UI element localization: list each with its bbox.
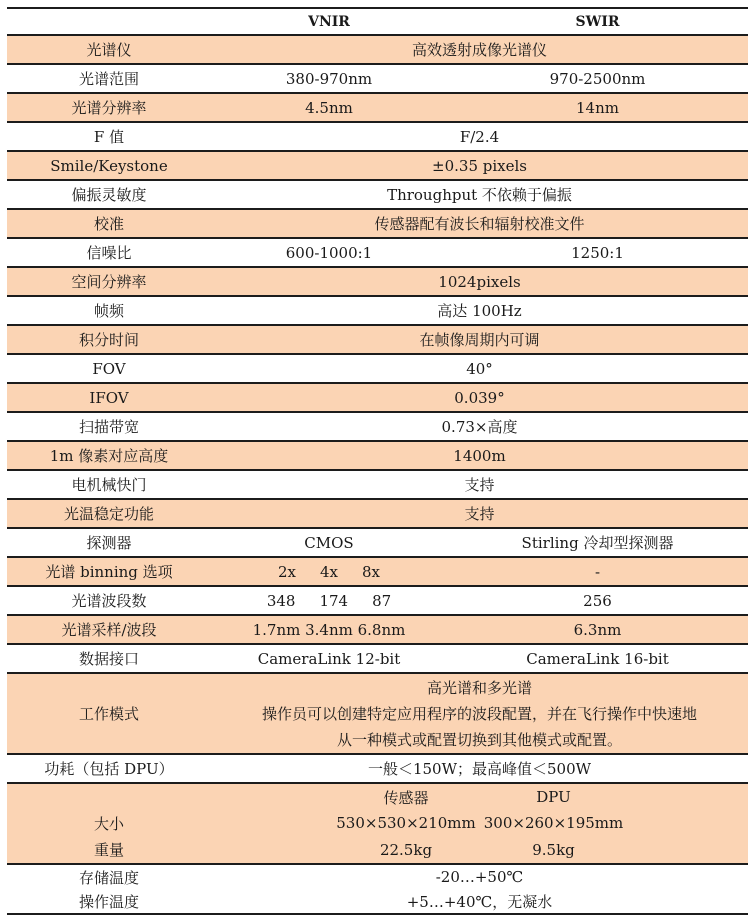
row-label: 积分时间 <box>7 326 211 353</box>
header-vnir: VNIR <box>211 9 447 34</box>
table-row: 信噪比 600-1000:1 1250:1 <box>7 239 748 268</box>
table-row: 帧频 高达 100Hz <box>7 297 748 326</box>
row-value: 高效透射成像光谱仪 <box>211 36 748 63</box>
row-label: 重量 <box>7 837 211 863</box>
row-value: 40° <box>211 355 748 382</box>
row-vnir-value: 4.5nm <box>211 94 447 121</box>
weight-dpu-value: 9.5kg <box>481 841 626 859</box>
row-label: 工作模式 <box>7 674 211 753</box>
row-value: 0.039° <box>211 384 748 411</box>
sensor-col-label: 传感器 <box>331 787 481 808</box>
row-label: 探测器 <box>7 529 211 556</box>
row-vnir-value: CMOS <box>211 529 447 556</box>
weight-values: 22.5kg 9.5kg <box>211 837 748 863</box>
table-row-size-weight: 大小 重量 传感器 DPU 530×530×210mm 300×260×195m… <box>7 784 748 865</box>
row-label: 扫描带宽 <box>7 413 211 440</box>
row-label: 存储温度 <box>7 865 211 889</box>
table-row: 扫描带宽 0.73×高度 <box>7 413 748 442</box>
table-row: 数据接口 CameraLink 12-bit CameraLink 16-bit <box>7 645 748 674</box>
table-row: FOV 40° <box>7 355 748 384</box>
row-vnir-value: 2x 4x 8x <box>211 558 447 585</box>
table-row: 光谱采样/波段 1.7nm 3.4nm 6.8nm 6.3nm <box>7 616 748 645</box>
row-label: 操作温度 <box>7 889 211 913</box>
row-label: 数据接口 <box>7 645 211 672</box>
row-label: 校准 <box>7 210 211 237</box>
table-row: 空间分辨率 1024pixels <box>7 268 748 297</box>
row-value: 支持 <box>211 500 748 527</box>
size-weight-labels: 大小 重量 <box>7 784 211 863</box>
size-values: 530×530×210mm 300×260×195mm <box>211 810 748 836</box>
row-label: 光谱范围 <box>7 65 211 92</box>
table-row: 积分时间 在帧像周期内可调 <box>7 326 748 355</box>
table-row: 1m 像素对应高度 1400m <box>7 442 748 471</box>
table-row: 光谱波段数 348 174 87 256 <box>7 587 748 616</box>
size-dpu-cell: 300×260×195mm <box>481 814 748 832</box>
band-count: 348 <box>267 592 296 610</box>
table-row: IFOV 0.039° <box>7 384 748 413</box>
row-swir-value: CameraLink 16-bit <box>447 645 748 672</box>
dpu-col-header: DPU <box>481 788 748 806</box>
row-value: 0.73×高度 <box>211 413 748 440</box>
row-swir-value: - <box>447 558 748 585</box>
dpu-col-label: DPU <box>481 788 626 806</box>
row-label: IFOV <box>7 384 211 411</box>
row-label: 光谱 binning 选项 <box>7 558 211 585</box>
row-vnir-value: 1.7nm 3.4nm 6.8nm <box>211 616 447 643</box>
row-label: 光温稳定功能 <box>7 500 211 527</box>
row-vnir-value: 600-1000:1 <box>211 239 447 266</box>
band-count: 87 <box>372 592 391 610</box>
table-row: 探测器 CMOS Stirling 冷却型探测器 <box>7 529 748 558</box>
row-label: 空间分辨率 <box>7 268 211 295</box>
row-swir-value: 6.3nm <box>447 616 748 643</box>
size-weight-values: 传感器 DPU 530×530×210mm 300×260×195mm 22.5… <box>211 784 748 863</box>
row-label: Smile/Keystone <box>7 152 211 179</box>
table-row-work-mode: 工作模式 高光谱和多光谱 操作员可以创建特定应用程序的波段配置，并在飞行操作中快… <box>7 674 748 755</box>
row-vnir-value: 380-970nm <box>211 65 447 92</box>
sensor-col-header: 传感器 <box>211 787 481 808</box>
table-row-temperature: 存储温度 操作温度 -20…+50℃ +5…+40℃，无凝水 <box>7 865 748 915</box>
table-row: 光谱仪 高效透射成像光谱仪 <box>7 36 748 65</box>
weight-sensor-cell: 22.5kg <box>211 841 481 859</box>
row-label: 信噪比 <box>7 239 211 266</box>
row-value: 一般＜150W；最高峰值＜500W <box>211 755 748 782</box>
row-swir-value: Stirling 冷却型探测器 <box>447 529 748 556</box>
row-label: FOV <box>7 355 211 382</box>
storage-temp-value: -20…+50℃ <box>211 865 748 889</box>
row-label: 帧频 <box>7 297 211 324</box>
row-label: 大小 <box>7 810 211 836</box>
work-mode-line: 高光谱和多光谱 <box>211 674 748 700</box>
table-row: 偏振灵敏度 Throughput 不依赖于偏振 <box>7 181 748 210</box>
table-row: 光谱 binning 选项 2x 4x 8x - <box>7 558 748 587</box>
temperature-labels: 存储温度 操作温度 <box>7 865 211 913</box>
size-weight-header: 传感器 DPU <box>211 784 748 810</box>
row-label: 1m 像素对应高度 <box>7 442 211 469</box>
table-header-row: VNIR SWIR <box>7 7 748 36</box>
row-value: 在帧像周期内可调 <box>211 326 748 353</box>
row-swir-value: 256 <box>447 587 748 614</box>
row-label: 光谱采样/波段 <box>7 616 211 643</box>
spec-table: VNIR SWIR 光谱仪 高效透射成像光谱仪 光谱范围 380-970nm 9… <box>7 7 748 915</box>
row-value: Throughput 不依赖于偏振 <box>211 181 748 208</box>
table-row: 光谱分辨率 4.5nm 14nm <box>7 94 748 123</box>
work-mode-line: 从一种模式或配置切换到其他模式或配置。 <box>211 727 748 753</box>
header-swir: SWIR <box>447 9 748 34</box>
row-vnir-value: CameraLink 12-bit <box>211 645 447 672</box>
row-value: F/2.4 <box>211 123 748 150</box>
table-row: F 值 F/2.4 <box>7 123 748 152</box>
table-row: Smile/Keystone ±0.35 pixels <box>7 152 748 181</box>
weight-sensor-value: 22.5kg <box>331 841 481 859</box>
row-label: 光谱分辨率 <box>7 94 211 121</box>
row-swir-value: 970-2500nm <box>447 65 748 92</box>
row-value: 1400m <box>211 442 748 469</box>
table-row: 电机械快门 支持 <box>7 471 748 500</box>
row-label: 电机械快门 <box>7 471 211 498</box>
row-label: 光谱仪 <box>7 36 211 63</box>
blank-sub <box>7 784 211 810</box>
row-swir-value: 14nm <box>447 94 748 121</box>
row-value: 传感器配有波长和辐射校准文件 <box>211 210 748 237</box>
row-label: 偏振灵敏度 <box>7 181 211 208</box>
size-sensor-value: 530×530×210mm <box>331 814 481 832</box>
work-mode-line: 操作员可以创建特定应用程序的波段配置，并在飞行操作中快速地 <box>211 700 748 726</box>
table-row: 光谱范围 380-970nm 970-2500nm <box>7 65 748 94</box>
band-count: 174 <box>319 592 348 610</box>
row-value: 1024pixels <box>211 268 748 295</box>
row-value: 支持 <box>211 471 748 498</box>
work-mode-description: 高光谱和多光谱 操作员可以创建特定应用程序的波段配置，并在飞行操作中快速地 从一… <box>211 674 748 753</box>
size-dpu-value: 300×260×195mm <box>481 814 626 832</box>
row-label: 功耗（包括 DPU） <box>7 755 211 782</box>
binning-option: 8x <box>362 563 380 581</box>
row-value: 高达 100Hz <box>211 297 748 324</box>
table-row: 光温稳定功能 支持 <box>7 500 748 529</box>
binning-option: 4x <box>320 563 338 581</box>
row-label: 光谱波段数 <box>7 587 211 614</box>
size-sensor-cell: 530×530×210mm <box>211 814 481 832</box>
weight-dpu-cell: 9.5kg <box>481 841 748 859</box>
header-label-cell <box>7 9 211 34</box>
row-vnir-value: 348 174 87 <box>211 587 447 614</box>
binning-option: 2x <box>278 563 296 581</box>
row-label: F 值 <box>7 123 211 150</box>
operating-temp-value: +5…+40℃，无凝水 <box>211 889 748 913</box>
table-row: 校准 传感器配有波长和辐射校准文件 <box>7 210 748 239</box>
table-row-power: 功耗（包括 DPU） 一般＜150W；最高峰值＜500W <box>7 755 748 784</box>
row-value: ±0.35 pixels <box>211 152 748 179</box>
row-swir-value: 1250:1 <box>447 239 748 266</box>
temperature-values: -20…+50℃ +5…+40℃，无凝水 <box>211 865 748 913</box>
